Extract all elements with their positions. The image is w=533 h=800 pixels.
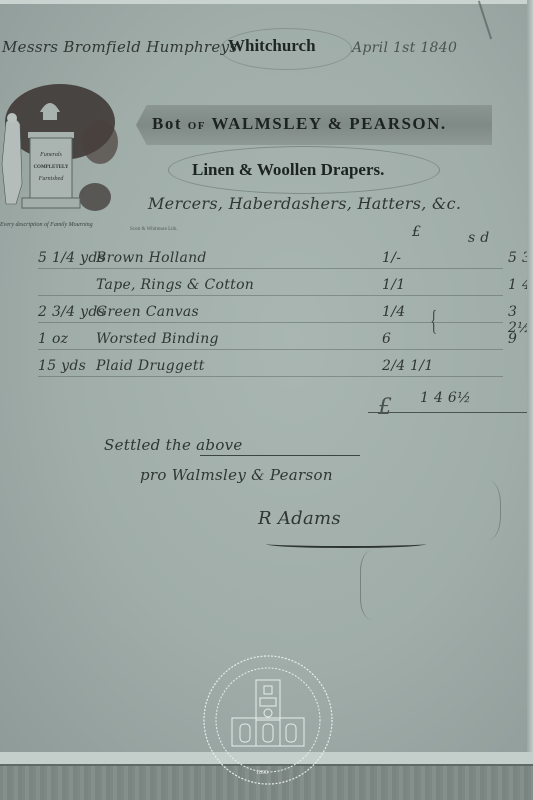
- seal-year: 1890: [256, 770, 268, 776]
- line-item: Tape, Rings & Cotton 1/1 1 4: [38, 277, 533, 304]
- monument-engraving-icon: Funerals COMPLETELY Furnished: [0, 82, 118, 214]
- paper-crease: [478, 1, 492, 40]
- signature-flourish: [266, 540, 426, 548]
- item-price: 2/4 1/1: [382, 358, 434, 374]
- svg-text:COMPLETELY: COMPLETELY: [33, 165, 68, 170]
- total-rule: [368, 412, 528, 413]
- item-desc: Green Canvas: [96, 304, 199, 320]
- bought-of-prefix: Bot: [152, 114, 182, 133]
- line-item: 15 yds Plaid Druggett 2/4 1/1: [38, 358, 533, 385]
- bought-of-small: OF: [188, 120, 206, 132]
- line-items: 5 1/4 yds Brown Holland 1/- 5 3 Tape, Ri…: [38, 250, 533, 385]
- trade-line-secondary: Mercers, Haberdashers, Hatters, &c.: [148, 194, 461, 213]
- total-amount: 1 4 6½: [420, 390, 471, 406]
- paper-crack: [470, 480, 501, 540]
- engraver-credit: Scott & Whitmore Lith.: [130, 227, 178, 232]
- line-item: 5 1/4 yds Brown Holland 1/- 5 3: [38, 250, 533, 277]
- item-qty: 1 oz: [38, 331, 68, 347]
- archive-seal-icon: [200, 652, 336, 788]
- vignette-caption: Every description of Family Mourning: [0, 222, 93, 228]
- item-price: 1/4: [382, 304, 405, 320]
- settled-note: Settled the above: [104, 436, 243, 454]
- shillings-pence-header: s d: [468, 230, 490, 246]
- paper-right-edge: [527, 0, 533, 752]
- paper-crack: [360, 550, 401, 620]
- total-pound-sign: £: [378, 395, 392, 420]
- item-desc: Plaid Druggett: [96, 358, 205, 374]
- pounds-column-header: £: [412, 224, 421, 240]
- per-firm-line: pro Walmsley & Pearson: [140, 466, 333, 484]
- signature: R Adams: [258, 508, 341, 529]
- item-qty: 15 yds: [38, 358, 86, 374]
- item-amount: 9: [508, 331, 517, 347]
- item-desc: Worsted Binding: [96, 331, 219, 347]
- item-price: 6: [382, 331, 391, 347]
- town-name: Whitchurch: [228, 36, 316, 56]
- item-desc: Tape, Rings & Cotton: [96, 277, 254, 293]
- settled-underline: [200, 455, 360, 456]
- paper-top-edge: [0, 0, 533, 4]
- firm-name: Bot OF WALMSLEY & PEARSON.: [152, 114, 447, 134]
- addressee: Messrs Bromfield Humphreys: [2, 38, 237, 56]
- item-desc: Brown Holland: [96, 250, 207, 266]
- trade-line: Linen & Woollen Drapers.: [192, 160, 384, 180]
- line-item: 2 3/4 yds Green Canvas 1/4 3 2½: [38, 304, 533, 331]
- firm-name-text: WALMSLEY & PEARSON.: [211, 114, 446, 133]
- bill-paper: Messrs Bromfield Humphreys Whitchurch Ap…: [0, 0, 533, 752]
- item-price: 1/1: [382, 277, 405, 293]
- item-price: 1/-: [382, 250, 401, 266]
- line-item: 1 oz Worsted Binding 6 9: [38, 331, 533, 358]
- brace-mark: {: [430, 306, 437, 338]
- bill-date: April 1st 1840: [352, 40, 457, 56]
- svg-text:Furnished: Furnished: [38, 176, 65, 182]
- svg-text:Funerals: Funerals: [39, 152, 62, 158]
